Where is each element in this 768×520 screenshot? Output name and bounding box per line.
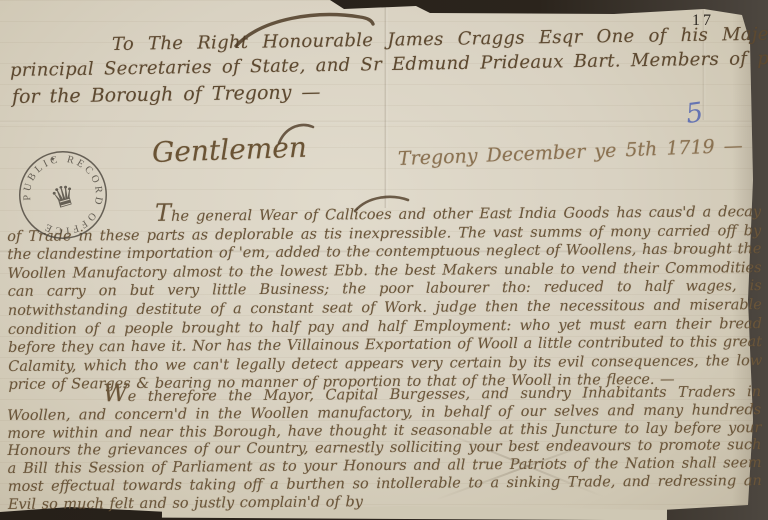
fold-crease (0, 120, 760, 124)
document-photo: 17 5 To The Right Honourable James Cragg… (0, 0, 768, 520)
pen-flourish-icon (276, 120, 316, 146)
pen-flourish-icon (352, 192, 412, 214)
archive-page-number: 17 (692, 12, 714, 30)
body-paragraph-1: The general Wear of Callicoes and other … (7, 199, 762, 395)
pen-flourish-icon (232, 8, 377, 50)
body-paragraph-2: We therefore the Mayor, Capital Burgesse… (7, 380, 762, 514)
crown-icon: ♛ (47, 177, 80, 216)
